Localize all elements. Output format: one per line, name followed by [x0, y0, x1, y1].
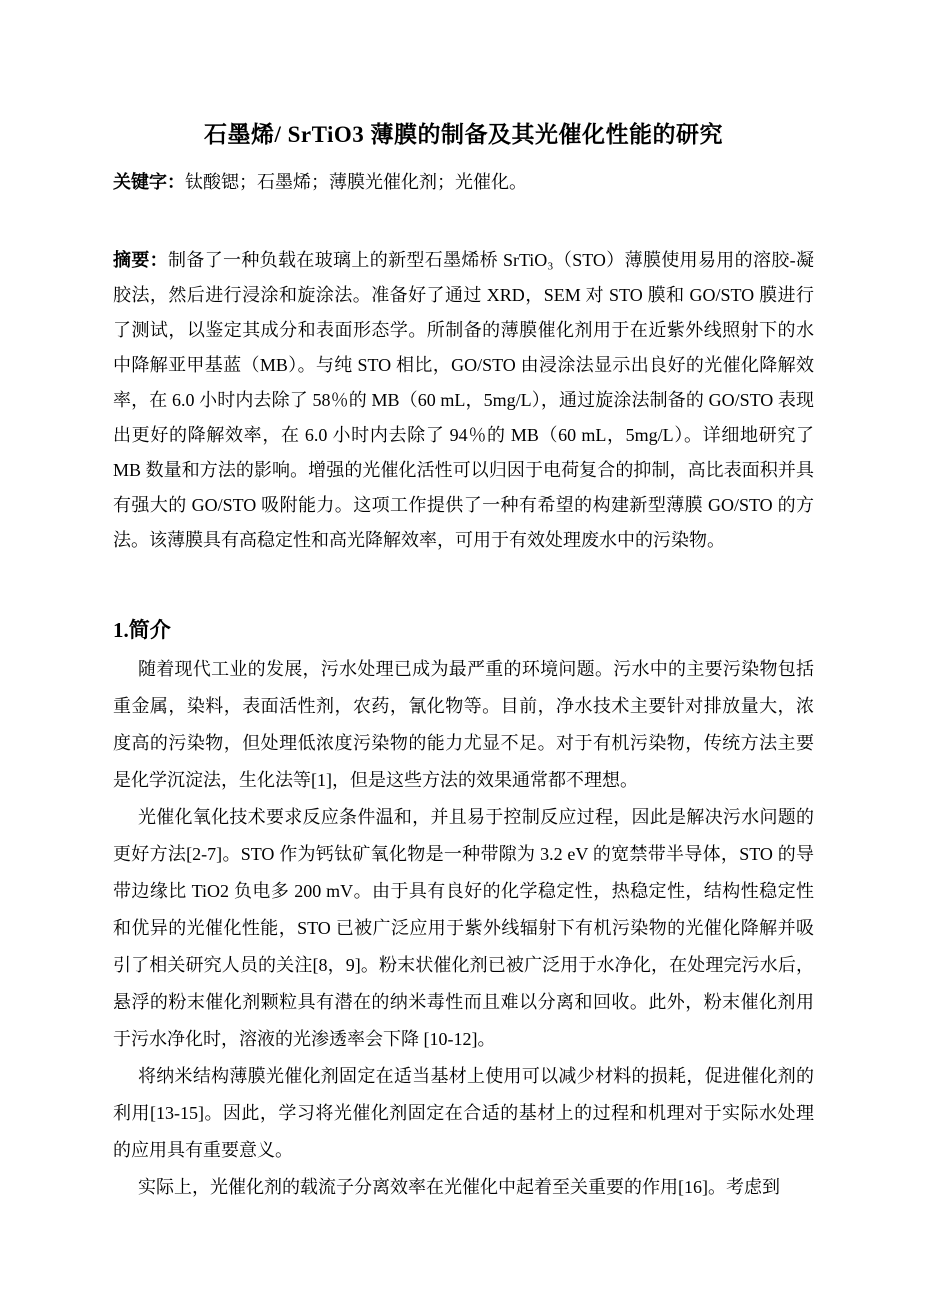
- document-page: 石墨烯/ SrTiO3 薄膜的制备及其光催化性能的研究 关键字：钛酸锶；石墨烯；…: [0, 0, 926, 1309]
- body-paragraph: 将纳米结构薄膜光催化剂固定在适当基材上使用可以减少材料的损耗，促进催化剂的利用[…: [113, 1058, 814, 1169]
- abstract-text: 制备了一种负载在玻璃上的新型石墨烯桥 SrTiO₃（STO）薄膜使用易用的溶胶-…: [113, 250, 814, 550]
- body-paragraph: 实际上，光催化剂的载流子分离效率在光催化中起着至关重要的作用[16]。考虑到: [113, 1169, 814, 1206]
- body-paragraph: 随着现代工业的发展，污水处理已成为最严重的环境问题。污水中的主要污染物包括重金属…: [113, 651, 814, 799]
- section-heading-introduction: 1.简介: [113, 615, 814, 645]
- document-title: 石墨烯/ SrTiO3 薄膜的制备及其光催化性能的研究: [113, 120, 814, 150]
- keywords-line: 关键字：钛酸锶；石墨烯；薄膜光催化剂；光催化。: [113, 170, 814, 195]
- body-paragraph: 光催化氧化技术要求反应条件温和，并且易于控制反应过程，因此是解决污水问题的更好方…: [113, 799, 814, 1058]
- keywords-label: 关键字：: [113, 172, 185, 192]
- document-content: 石墨烯/ SrTiO3 薄膜的制备及其光催化性能的研究 关键字：钛酸锶；石墨烯；…: [0, 0, 926, 1206]
- section-body: 随着现代工业的发展，污水处理已成为最严重的环境问题。污水中的主要污染物包括重金属…: [113, 651, 814, 1206]
- abstract-label: 摘要：: [113, 250, 168, 270]
- abstract-paragraph: 摘要：制备了一种负载在玻璃上的新型石墨烯桥 SrTiO₃（STO）薄膜使用易用的…: [113, 243, 814, 558]
- keywords-text: 钛酸锶；石墨烯；薄膜光催化剂；光催化。: [185, 172, 527, 192]
